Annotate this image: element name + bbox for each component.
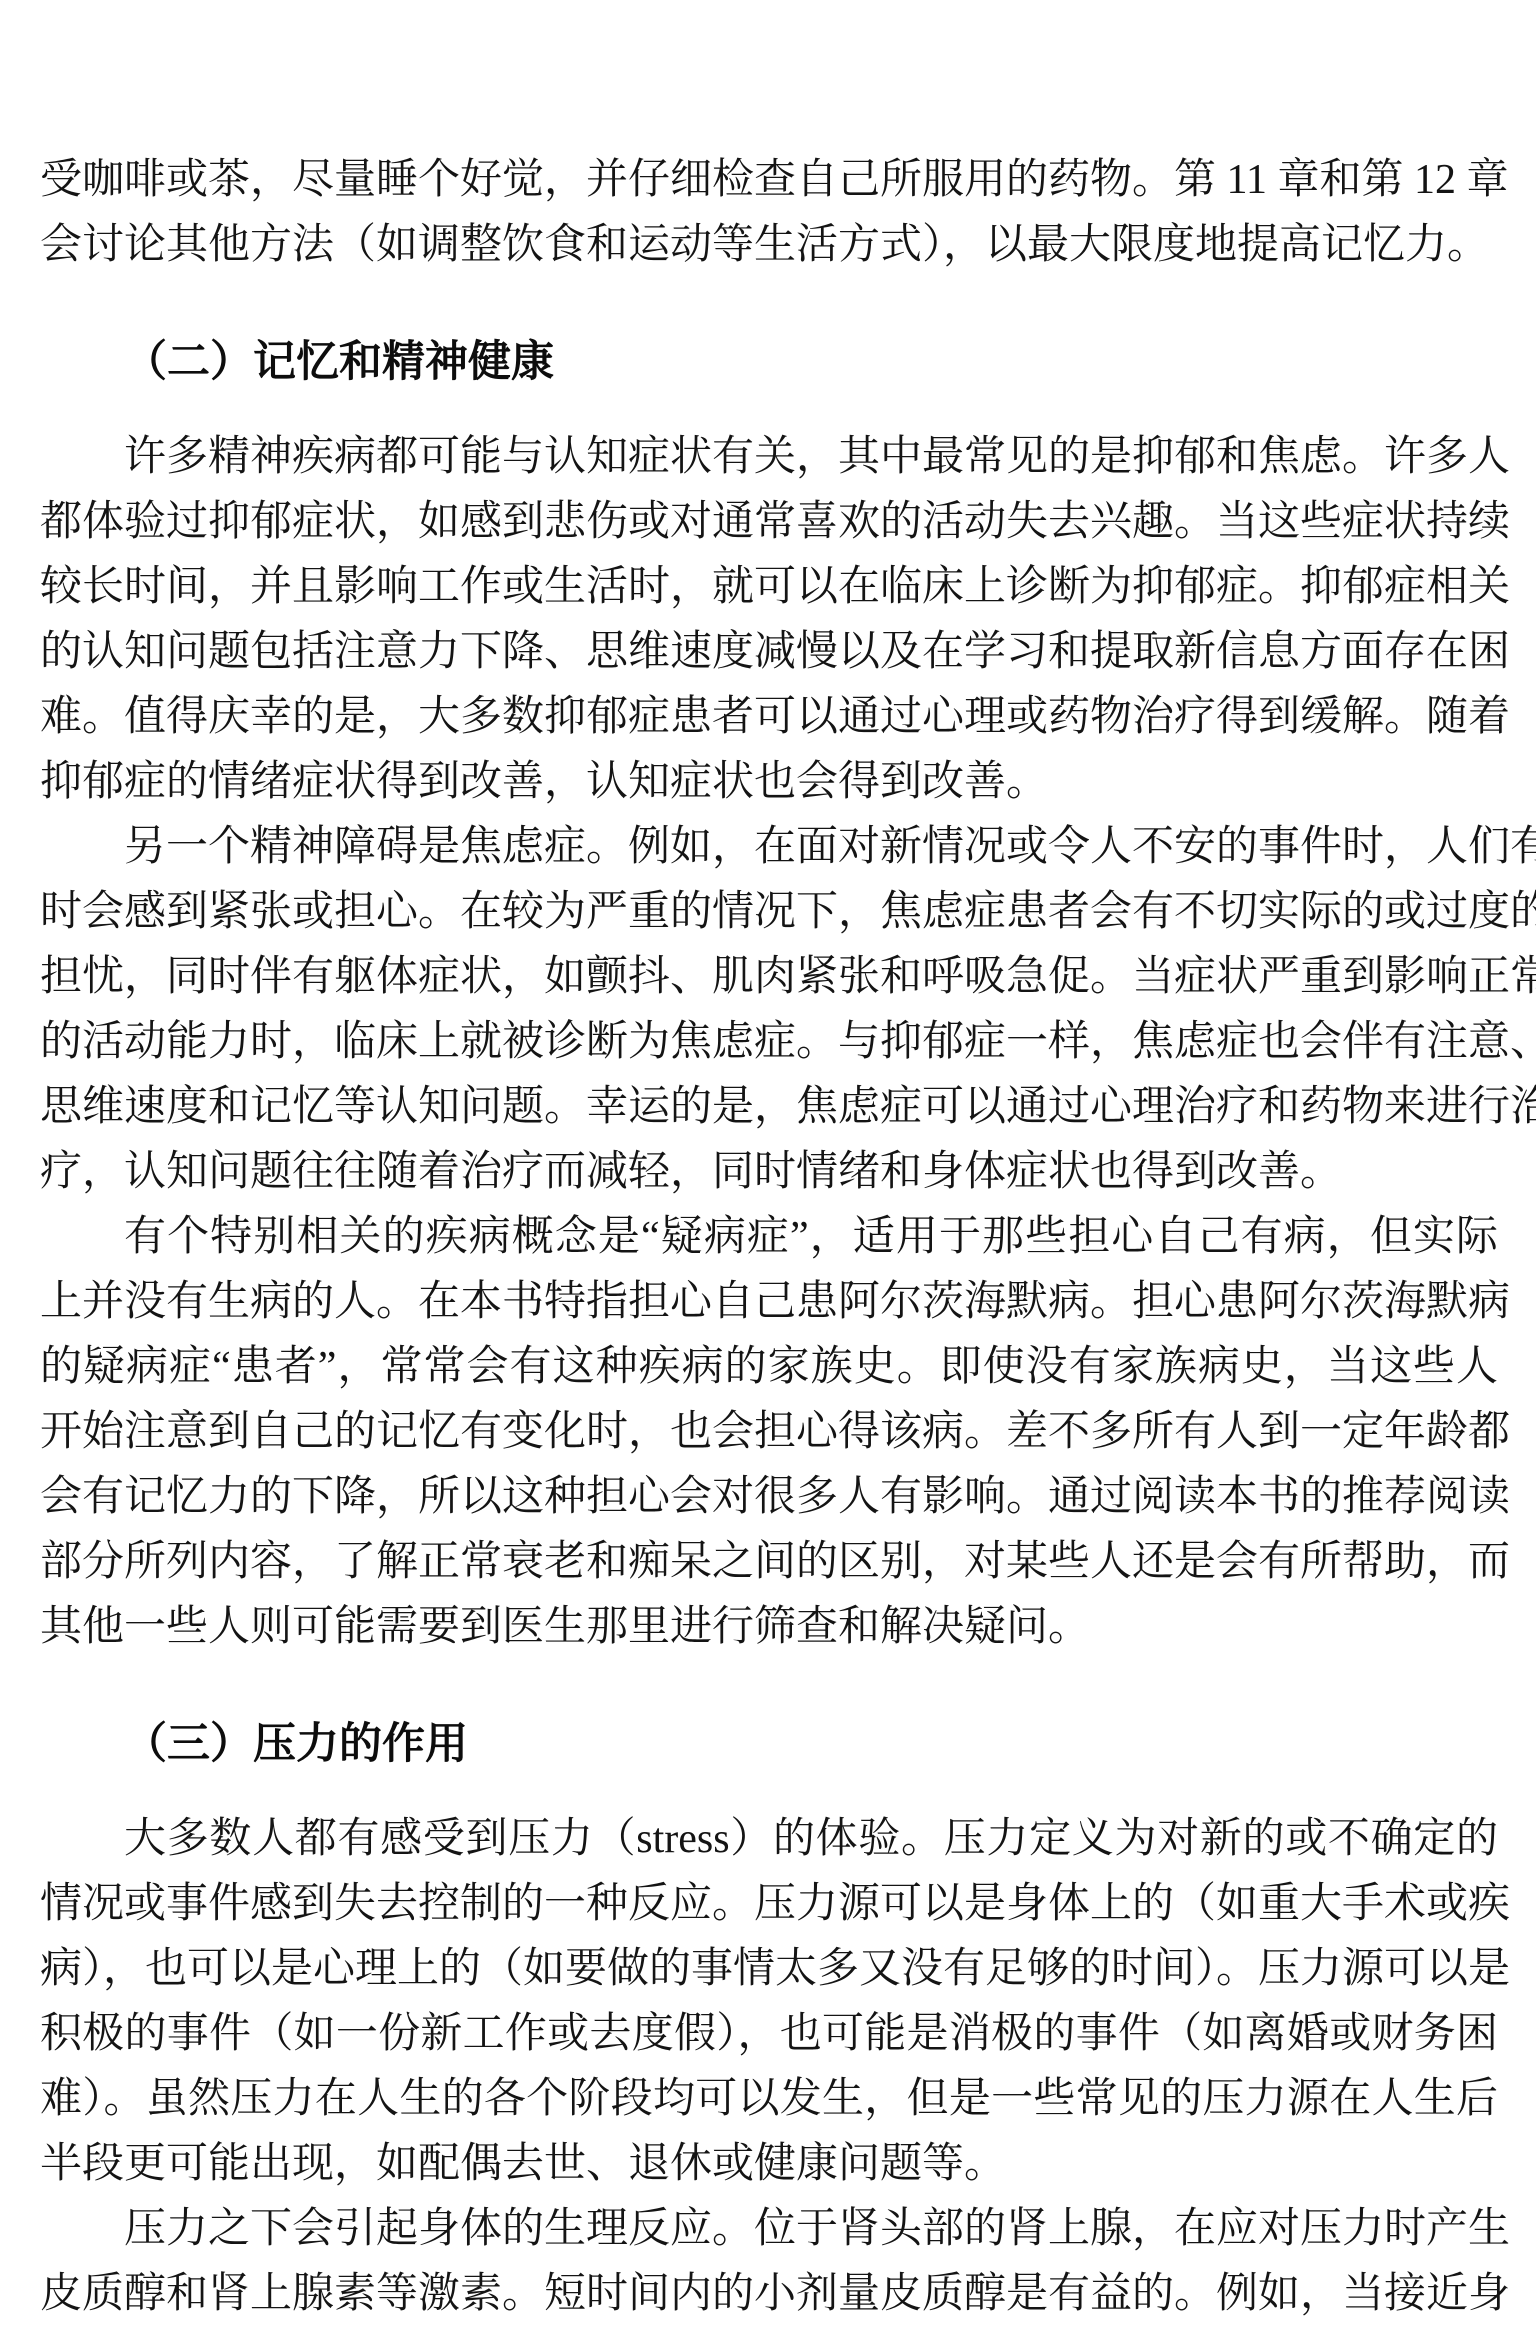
text-line: 时会感到紧张或担心。在较为严重的情况下，焦虑症患者会有不切实际的或过度的 xyxy=(40,880,1498,945)
text-line: 大多数人都有感受到压力（stress）的体验。压力定义为对新的或不确定的 xyxy=(40,1807,1498,1872)
text-line: 担忧，同时伴有躯体症状，如颤抖、肌肉紧张和呼吸急促。当症状严重到影响正常 xyxy=(40,945,1498,1010)
paragraph-stress-physiology: 压力之下会引起身体的生理反应。位于肾头部的肾上腺，在应对压力时产生 皮质醇和肾上… xyxy=(40,2197,1498,2327)
paragraph-intro-continuation: 受咖啡或茶，尽量睡个好觉，并仔细检查自己所服用的药物。第 11 章和第 12 章… xyxy=(40,148,1498,278)
text-line: 情况或事件感到失去控制的一种反应。压力源可以是身体上的（如重大手术或疾 xyxy=(40,1872,1498,1937)
text-line: 另一个精神障碍是焦虑症。例如，在面对新情况或令人不安的事件时，人们有 xyxy=(40,815,1498,880)
text-line: 半段更可能出现，如配偶去世、退休或健康问题等。 xyxy=(40,2132,1498,2197)
text-line: 部分所列内容，了解正常衰老和痴呆之间的区别，对某些人还是会有所帮助，而 xyxy=(40,1530,1498,1595)
text-line: 其他一些人则可能需要到医生那里进行筛查和解决疑问。 xyxy=(40,1595,1498,1660)
text-line: 会讨论其他方法（如调整饮食和运动等生活方式），以最大限度地提高记忆力。 xyxy=(40,213,1498,278)
section-heading-stress-role: （三）压力的作用 xyxy=(40,1712,1498,1777)
text-line: 的活动能力时，临床上就被诊断为焦虑症。与抑郁症一样，焦虑症也会伴有注意、 xyxy=(40,1010,1498,1075)
text-line: 都体验过抑郁症状，如感到悲伤或对通常喜欢的活动失去兴趣。当这些症状持续 xyxy=(40,490,1498,555)
text-line: 皮质醇和肾上腺素等激素。短时间内的小剂量皮质醇是有益的。例如，当接近身 xyxy=(40,2262,1498,2327)
text-line: 许多精神疾病都可能与认知症状有关，其中最常见的是抑郁和焦虑。许多人 xyxy=(40,425,1498,490)
text-line: 有个特别相关的疾病概念是“疑病症”，适用于那些担心自己有病，但实际 xyxy=(40,1205,1498,1270)
text-line: 受咖啡或茶，尽量睡个好觉，并仔细检查自己所服用的药物。第 11 章和第 12 章 xyxy=(40,148,1498,213)
paragraph-mental-illness: 许多精神疾病都可能与认知症状有关，其中最常见的是抑郁和焦虑。许多人 都体验过抑郁… xyxy=(40,425,1498,815)
text-line: 的疑病症“患者”，常常会有这种疾病的家族史。即使没有家族病史，当这些人 xyxy=(40,1335,1498,1400)
text-line: 上并没有生病的人。在本书特指担心自己患阿尔茨海默病。担心患阿尔茨海默病 xyxy=(40,1270,1498,1335)
text-line: 病），也可以是心理上的（如要做的事情太多又没有足够的时间）。压力源可以是 xyxy=(40,1937,1498,2002)
text-line: 压力之下会引起身体的生理反应。位于肾头部的肾上腺，在应对压力时产生 xyxy=(40,2197,1498,2262)
text-line: 开始注意到自己的记忆有变化时，也会担心得该病。差不多所有人到一定年龄都 xyxy=(40,1400,1498,1465)
section-heading-memory-mental-health: （二）记忆和精神健康 xyxy=(40,330,1498,395)
text-line: 疗，认知问题往往随着治疗而减轻，同时情绪和身体症状也得到改善。 xyxy=(40,1140,1498,1205)
book-page: 受咖啡或茶，尽量睡个好觉，并仔细检查自己所服用的药物。第 11 章和第 12 章… xyxy=(0,0,1536,2333)
text-line: 难）。虽然压力在人生的各个阶段均可以发生，但是一些常见的压力源在人生后 xyxy=(40,2067,1498,2132)
paragraph-hypochondria: 有个特别相关的疾病概念是“疑病症”，适用于那些担心自己有病，但实际 上并没有生病… xyxy=(40,1205,1498,1660)
text-line: 抑郁症的情绪症状得到改善，认知症状也会得到改善。 xyxy=(40,750,1498,815)
text-line: 较长时间，并且影响工作或生活时，就可以在临床上诊断为抑郁症。抑郁症相关 xyxy=(40,555,1498,620)
paragraph-anxiety: 另一个精神障碍是焦虑症。例如，在面对新情况或令人不安的事件时，人们有 时会感到紧… xyxy=(40,815,1498,1205)
paragraph-stress-definition: 大多数人都有感受到压力（stress）的体验。压力定义为对新的或不确定的 情况或… xyxy=(40,1807,1498,2197)
text-line: 会有记忆力的下降，所以这种担心会对很多人有影响。通过阅读本书的推荐阅读 xyxy=(40,1465,1498,1530)
text-line: 思维速度和记忆等认知问题。幸运的是，焦虑症可以通过心理治疗和药物来进行治 xyxy=(40,1075,1498,1140)
text-line: 难。值得庆幸的是，大多数抑郁症患者可以通过心理或药物治疗得到缓解。随着 xyxy=(40,685,1498,750)
text-line: 的认知问题包括注意力下降、思维速度减慢以及在学习和提取新信息方面存在困 xyxy=(40,620,1498,685)
text-line: 积极的事件（如一份新工作或去度假），也可能是消极的事件（如离婚或财务困 xyxy=(40,2002,1498,2067)
